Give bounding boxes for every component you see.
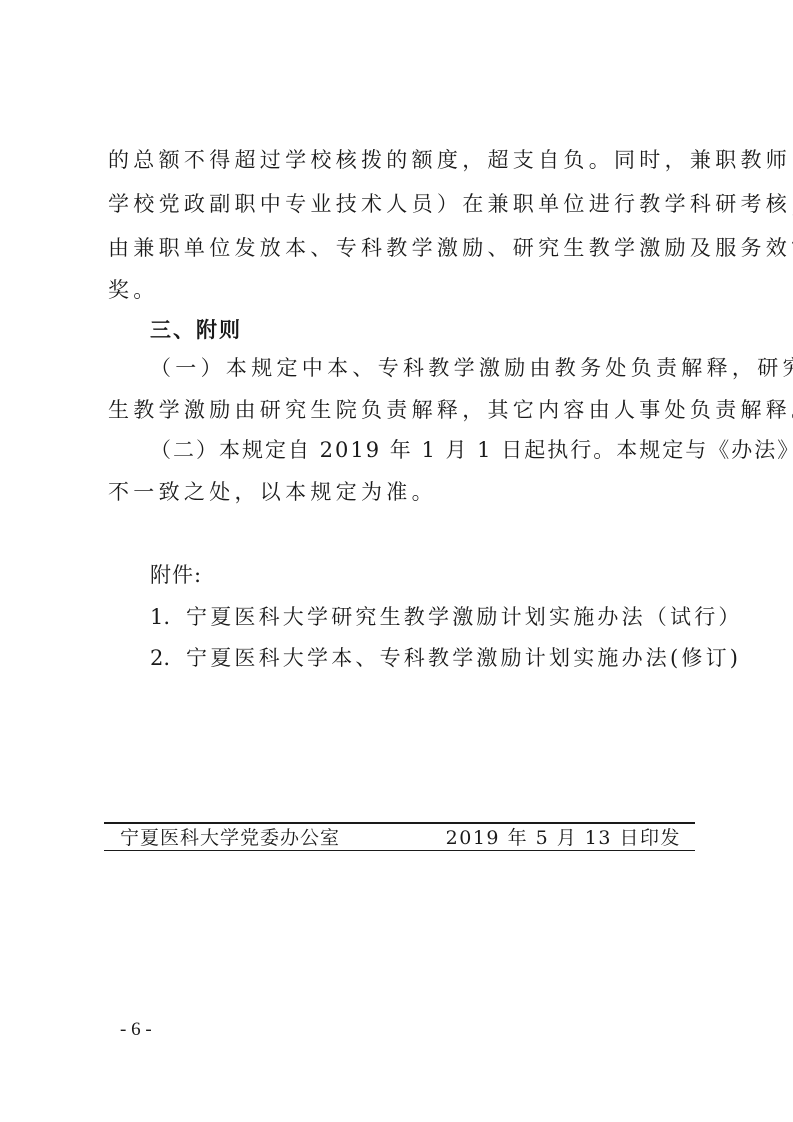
paragraph-line: 的总额不得超过学校核拨的额度，超支自负。同时，兼职教师（含 xyxy=(108,146,698,174)
clause-1-line: 生教学激励由研究生院负责解释，其它内容由人事处负责解释。 xyxy=(108,396,698,424)
attachment-item: 2.宁夏医科大学本、专科教学激励计划实施办法(修订) xyxy=(150,644,741,672)
footer-top-rule xyxy=(104,822,695,824)
attachment-title: 宁夏医科大学研究生教学激励计划实施办法（试行） xyxy=(186,605,743,629)
attachment-title: 宁夏医科大学本、专科教学激励计划实施办法(修订) xyxy=(186,646,741,670)
clause-2-line: （二）本规定自 2019 年 1 月 1 日起执行。本规定与《办法》 xyxy=(150,436,698,464)
issue-date: 2019 年 5 月 13 日印发 xyxy=(446,826,681,850)
page-number: - 6 - xyxy=(120,1018,152,1042)
issuer-name: 宁夏医科大学党委办公室 xyxy=(120,826,340,850)
paragraph-line: 由兼职单位发放本、专科教学激励、研究生教学激励及服务效能 xyxy=(108,234,698,262)
clause-1-line: （一）本规定中本、专科教学激励由教务处负责解释，研究 xyxy=(150,354,698,382)
section-heading: 三、附则 xyxy=(150,316,242,344)
attachment-item: 1.宁夏医科大学研究生教学激励计划实施办法（试行） xyxy=(150,603,743,631)
clause-2-line: 不一致之处，以本规定为准。 xyxy=(108,478,698,506)
attachment-number: 1. xyxy=(150,603,186,631)
paragraph-line: 奖。 xyxy=(108,276,698,304)
paragraph-line: 学校党政副职中专业技术人员）在兼职单位进行教学科研考核， xyxy=(108,190,698,218)
attachments-label: 附件: xyxy=(150,561,202,589)
footer-bottom-rule xyxy=(104,850,695,851)
attachment-number: 2. xyxy=(150,644,186,672)
